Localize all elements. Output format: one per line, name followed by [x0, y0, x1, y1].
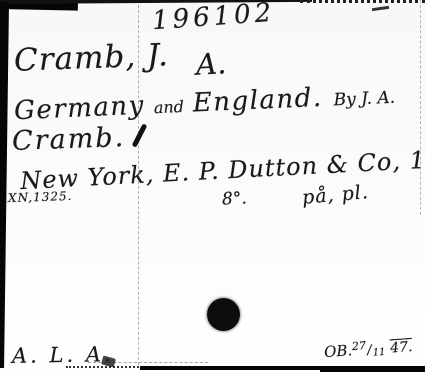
footer-note-day: 27	[351, 339, 366, 353]
hole-punch-icon	[207, 298, 240, 331]
author-name: Cramb, J.	[13, 37, 169, 78]
call-number: XN,1325.	[8, 189, 73, 205]
pen-stroke-icon	[132, 123, 148, 148]
footer-note-prefix: OB.	[323, 341, 352, 361]
card-top-edge-dotted	[300, 0, 425, 3]
title-word-germany: Germany	[14, 91, 146, 127]
title-word-and: and	[153, 97, 184, 117]
title-line: Germany and England. By J. A.	[14, 80, 396, 127]
catalog-card-scan: 196102 Cramb, J. A. Germany and England.…	[0, 0, 425, 390]
card-left-edge	[0, 2, 9, 368]
bottom-rule-thick-end	[320, 369, 425, 372]
title-word-england: England.	[192, 83, 323, 119]
footer-right-note: OB. 27 / 11 47.	[323, 337, 413, 361]
binding-note: på, pl.	[301, 181, 370, 209]
format-note: 8°.	[221, 188, 247, 209]
title-byline: By J. A.	[333, 88, 395, 111]
footer-note-month: 11	[372, 347, 385, 359]
footer-left-note: A. L. A.	[12, 342, 114, 368]
card-top-edge-dash	[372, 6, 389, 11]
accession-number: 196102	[151, 0, 276, 36]
card-right-edge-dotted	[420, 0, 421, 215]
bottom-rule-dotted-lead	[66, 366, 151, 368]
title-continuation: Cramb.	[11, 122, 125, 157]
author-initial: A.	[195, 46, 227, 82]
footer-note-year: 47.	[390, 339, 413, 357]
